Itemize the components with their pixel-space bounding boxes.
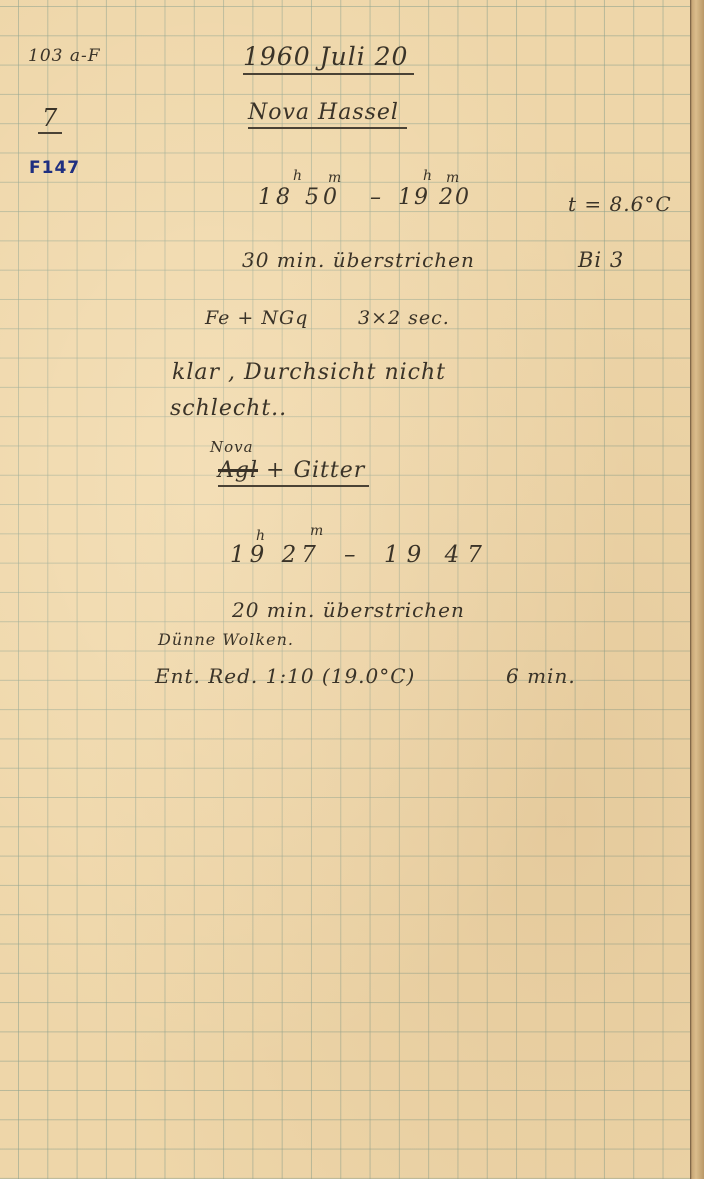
minute-marker: m (446, 170, 460, 186)
setup-inserted-word: Nova (210, 438, 254, 456)
calibration-source: Fe + NGq (205, 307, 308, 329)
plate-type-label: 103 a-F (28, 46, 101, 66)
temperature-reading: t = 8.6°C (568, 192, 672, 216)
setup-rest: + Gitter (266, 458, 365, 483)
archive-reference: F147 (29, 158, 80, 178)
notebook-binding-edge (690, 0, 704, 1179)
calibration-exposures: 3×2 sec. (358, 307, 450, 329)
minute-marker: m (310, 523, 324, 539)
graph-paper-page (0, 0, 704, 1179)
exposure2-note: 20 min. überstrichen (232, 598, 465, 622)
sky-conditions-line2: schlecht.. (170, 396, 287, 421)
development-note: Ent. Red. 1:10 (19.0°C) (155, 664, 415, 688)
development-duration: 6 min. (506, 664, 576, 688)
exposure2-start: 19 27 (230, 542, 321, 568)
exposure2-end: 19 47 (384, 542, 490, 568)
time-dash: – (344, 542, 357, 568)
entry-number: 7 (38, 104, 62, 134)
cloud-note: Dünne Wolken. (158, 630, 294, 649)
time-dash: – (370, 185, 382, 210)
exposure1-end: 19 20 (398, 185, 471, 210)
hour-marker: h (423, 168, 433, 184)
sky-conditions-line1: klar , Durchsicht nicht (172, 360, 446, 385)
object-name: Nova Hassel (248, 100, 407, 129)
exposure1-note: 30 min. überstrichen (242, 248, 475, 272)
observation-date: 1960 Juli 20 (243, 42, 414, 75)
exposure1-start: 18 50 (258, 185, 341, 210)
struck-word: Agl (218, 458, 258, 483)
minute-marker: m (328, 170, 342, 186)
hour-marker: h (293, 168, 303, 184)
instrument-label: Bi 3 (578, 248, 624, 272)
setup-line: Agl + Gitter (218, 458, 369, 487)
